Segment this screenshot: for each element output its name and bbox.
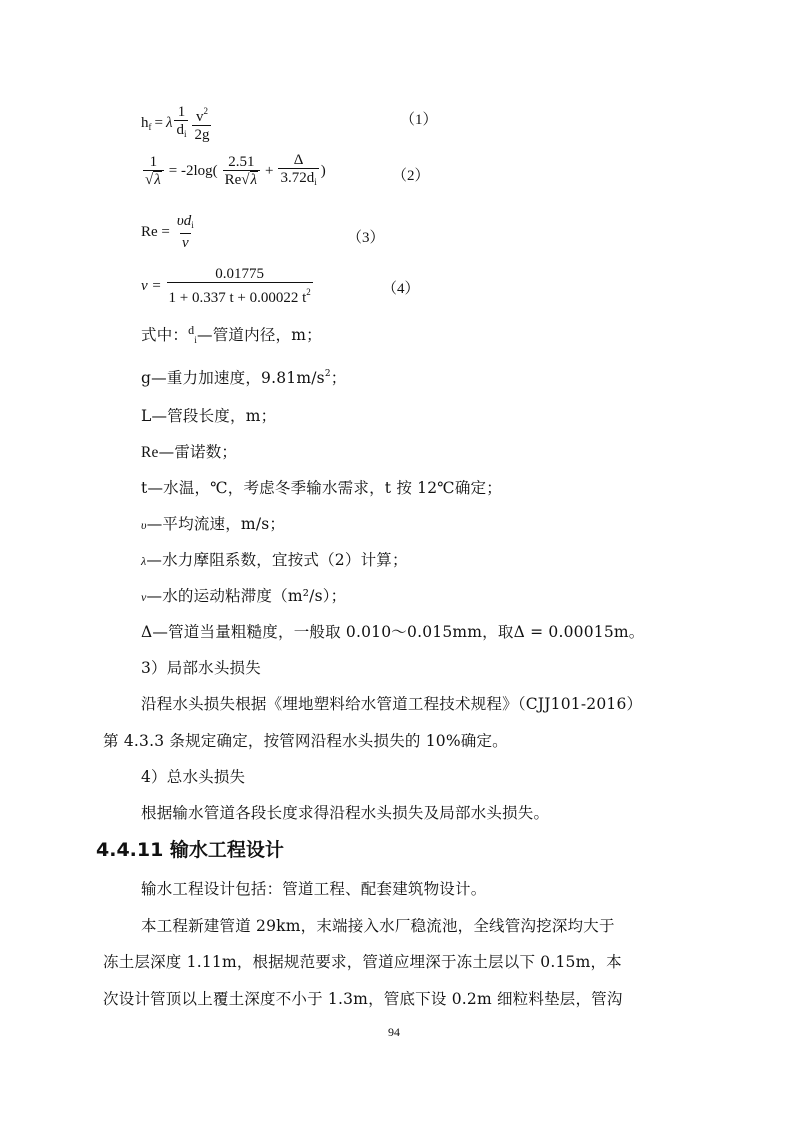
section-paragraph-2-line1: 本工程新建管道 29km，末端接入水厂稳流池，全线管沟挖深均大于 [141,914,615,936]
eq1-frac1: 1 di [174,104,188,143]
eq3-frac: υdi ν [175,213,196,252]
eq1-frac2: v2 2g [192,103,211,144]
definition-lambda: λ—水力摩阻系数，宜按式（2）计算； [141,548,408,570]
page-number: 94 [388,1025,400,1040]
definition-Re: Re—雷诺数； [141,440,237,462]
equation-4: ν = 0.01775 1 + 0.337 t + 0.00022 t2 [141,266,315,307]
equation-1-number: （1） [400,108,438,129]
eq2-frac2: Δ 3.72di [278,152,318,191]
definition-di: 式中：di—管道内径，m； [141,323,322,345]
total-loss-title: 4）总水头损失 [141,765,245,787]
equation-2-number: （2） [392,164,430,185]
definition-L: L—管段长度，m； [141,404,276,426]
equation-2: 1 √λ = -2log( 2.51 Re√λ + Δ 3.72di ) [141,152,326,191]
section-heading: 4.4.11 输水工程设计 [96,835,284,862]
local-loss-paragraph-line1: 沿程水头损失根据《埋地塑料给水管道工程技术规程》（CJJ101-2016） [141,692,642,714]
equation-4-number: （4） [382,277,420,298]
definition-t: t—水温，℃，考虑冬季输水需求，t 按 12℃确定； [141,476,502,498]
document-page: hf = λ 1 di v2 2g （1） 1 √λ = -2log( 2.51… [0,0,793,1122]
definition-g: g—重力加速度，9.81m/s2； [141,366,346,388]
section-paragraph-1: 输水工程设计包括：管道工程、配套建筑物设计。 [141,877,486,899]
section-paragraph-2-line3: 次设计管顶以上覆土深度不小于 1.3m，管底下设 0.2m 细粒料垫层，管沟 [103,987,623,1009]
eq4-frac: 0.01775 1 + 0.337 t + 0.00022 t2 [167,266,313,307]
eq2-frac1: 2.51 Re√λ [223,154,260,189]
definition-velocity: υ—平均流速，m/s； [141,512,285,534]
equation-3: Re = υdi ν [141,213,198,252]
local-loss-paragraph-line2: 第 4.3.3 条规定确定，按管网沿程水头损失的 10%确定。 [103,729,508,751]
eq1-lhs: hf [141,115,152,132]
local-loss-title: 3）局部水头损失 [141,656,261,678]
definition-viscosity: ν—水的运动粘滞度（m²/s）； [141,584,346,606]
equation-1: hf = λ 1 di v2 2g [141,103,213,144]
section-paragraph-2-line2: 冻土层深度 1.11m，根据规范要求，管道应埋深于冻土层以下 0.15m，本 [103,950,622,972]
definition-roughness: Δ—管道当量粗糙度，一般取 0.010～0.015mm，取Δ = 0.00015… [141,620,645,642]
eq2-lhs: 1 √λ [143,154,164,189]
equation-3-number: （3） [347,226,385,247]
lambda-symbol: λ [166,115,173,132]
total-loss-paragraph: 根据输水管道各段长度求得沿程水头损失及局部水头损失。 [141,801,549,823]
